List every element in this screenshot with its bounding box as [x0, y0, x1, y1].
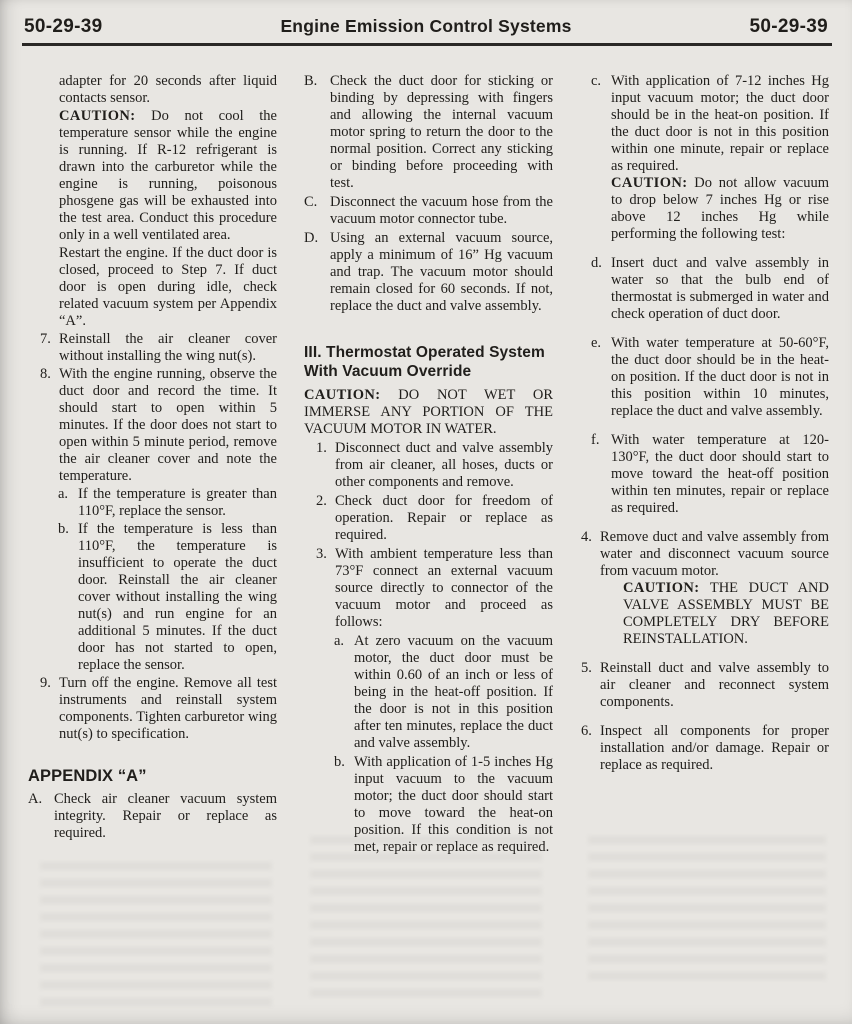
- text-paragraph: If the temperature is greater than 110°F…: [78, 486, 277, 520]
- content-columns: adapter for 20 seconds after liquid cont…: [0, 46, 852, 858]
- list-item: a.At zero vacuum on the vacuum motor, th…: [334, 633, 553, 752]
- item-text: Reinstall duct and valve assembly to air…: [600, 660, 829, 711]
- bleed-through-ghost: [588, 836, 826, 986]
- list-item: A.Check air cleaner vacuum system integr…: [28, 791, 277, 842]
- list-item: 8.With the engine running, observe the d…: [40, 366, 277, 485]
- paragraph: Restart the engine. If the duct door is …: [59, 245, 277, 330]
- list-item: c.With application of 7-12 inches Hg inp…: [591, 73, 829, 243]
- item-text: CAUTION: Do not cool the temperature sen…: [59, 108, 277, 244]
- page-number-right: 50-29-39: [718, 16, 828, 38]
- item-text: Reinstall the air cleaner cover without …: [59, 331, 277, 365]
- item-marker: a.: [58, 486, 78, 520]
- list-item: B.Check the duct door for sticking or bi…: [304, 73, 553, 192]
- list-item: a.If the temperature is greater than 110…: [58, 486, 277, 520]
- caution-label: CAUTION:: [59, 108, 136, 124]
- text-paragraph: With water temperature at 120-130°F, the…: [611, 432, 829, 517]
- item-marker: 7.: [40, 331, 59, 365]
- caution-label: CAUTION:: [611, 175, 688, 191]
- section-heading: III. Thermostat Operated System With Vac…: [304, 343, 553, 382]
- list-item: b.With application of 1-5 inches Hg inpu…: [334, 754, 553, 856]
- inner-caution: CAUTION: THE DUCT AND VALVE ASSEMBLY MUS…: [600, 580, 829, 648]
- item-text: If the temperature is less than 110°F, t…: [78, 521, 277, 674]
- item-marker: a.: [334, 633, 354, 752]
- item-text: With ambient temperature less than 73°F …: [335, 546, 553, 631]
- list-item: 7.Reinstall the air cleaner cover withou…: [40, 331, 277, 365]
- item-text: Turn off the engine. Remove all test ins…: [59, 675, 277, 743]
- item-text: Inspect all components for proper instal…: [600, 723, 829, 774]
- text-paragraph: Disconnect duct and valve assembly from …: [335, 440, 553, 491]
- text-paragraph: Turn off the engine. Remove all test ins…: [59, 675, 277, 743]
- text-paragraph: Check air cleaner vacuum system integrit…: [54, 791, 277, 842]
- bleed-through-ghost: [40, 862, 272, 1010]
- section-heading: APPENDIX “A”: [28, 767, 277, 787]
- item-text: Insert duct and valve assembly in water …: [611, 255, 829, 323]
- text-paragraph: Reinstall the air cleaner cover without …: [59, 331, 277, 365]
- item-marker: B.: [304, 73, 330, 192]
- text-paragraph: With ambient temperature less than 73°F …: [335, 546, 553, 631]
- text-paragraph: With application of 1-5 inches Hg input …: [354, 754, 553, 856]
- item-marker: 6.: [581, 723, 600, 774]
- text-paragraph: CAUTION: Do not cool the temperature sen…: [59, 108, 277, 244]
- column-2: B.Check the duct door for sticking or bi…: [304, 73, 553, 858]
- item-text: adapter for 20 seconds after liquid cont…: [59, 73, 277, 107]
- item-text: Disconnect duct and valve assembly from …: [335, 440, 553, 491]
- item-text: Check air cleaner vacuum system integrit…: [54, 791, 277, 842]
- bleed-through-ghost: [310, 836, 542, 1004]
- list-item: 3.With ambient temperature less than 73°…: [316, 546, 553, 631]
- paragraph: CAUTION: DO NOT WET OR IMMERSE ANY PORTI…: [304, 387, 553, 438]
- item-marker: A.: [28, 791, 54, 842]
- item-marker: 2.: [316, 493, 335, 544]
- paragraph: adapter for 20 seconds after liquid cont…: [59, 73, 277, 107]
- item-marker: 8.: [40, 366, 59, 485]
- text-paragraph: Check duct door for freedom of operation…: [335, 493, 553, 544]
- item-marker: e.: [591, 335, 611, 420]
- item-marker: f.: [591, 432, 611, 517]
- list-item: 6.Inspect all components for proper inst…: [581, 723, 829, 774]
- item-text: With application of 7-12 inches Hg input…: [611, 73, 829, 243]
- page-header: 50-29-39 Engine Emission Control Systems…: [0, 0, 852, 38]
- list-item: 5.Reinstall duct and valve assembly to a…: [581, 660, 829, 711]
- text-paragraph: Remove duct and valve assembly from wate…: [600, 529, 829, 580]
- text-paragraph: Restart the engine. If the duct door is …: [59, 245, 277, 330]
- list-item: D.Using an external vacuum source, apply…: [304, 230, 553, 315]
- item-text: Remove duct and valve assembly from wate…: [600, 529, 829, 648]
- item-text: Using an external vacuum source, apply a…: [330, 230, 553, 315]
- item-text: Disconnect the vacuum hose from the vacu…: [330, 194, 553, 228]
- list-item: 9.Turn off the engine. Remove all test i…: [40, 675, 277, 743]
- text-paragraph: Insert duct and valve assembly in water …: [611, 255, 829, 323]
- item-text: Restart the engine. If the duct door is …: [59, 245, 277, 330]
- page-number-left: 50-29-39: [24, 16, 134, 38]
- manual-page: 50-29-39 Engine Emission Control Systems…: [0, 0, 852, 1024]
- caution-label: CAUTION:: [304, 387, 381, 403]
- text-paragraph: With the engine running, observe the duc…: [59, 366, 277, 485]
- text-paragraph: Inspect all components for proper instal…: [600, 723, 829, 774]
- item-marker: D.: [304, 230, 330, 315]
- text-paragraph: CAUTION: DO NOT WET OR IMMERSE ANY PORTI…: [304, 387, 553, 438]
- item-text: With water temperature at 120-130°F, the…: [611, 432, 829, 517]
- list-item: d.Insert duct and valve assembly in wate…: [591, 255, 829, 323]
- item-text: Check the duct door for sticking or bind…: [330, 73, 553, 192]
- item-text: CAUTION: DO NOT WET OR IMMERSE ANY PORTI…: [304, 387, 553, 438]
- list-item: 2.Check duct door for freedom of operati…: [316, 493, 553, 544]
- text-paragraph: At zero vacuum on the vacuum motor, the …: [354, 633, 553, 752]
- item-marker: 3.: [316, 546, 335, 631]
- list-item: f.With water temperature at 120-130°F, t…: [591, 432, 829, 517]
- item-text: With water temperature at 50-60°F, the d…: [611, 335, 829, 420]
- item-marker: d.: [591, 255, 611, 323]
- item-marker: b.: [334, 754, 354, 856]
- item-text: If the temperature is greater than 110°F…: [78, 486, 277, 520]
- list-item: C.Disconnect the vacuum hose from the va…: [304, 194, 553, 228]
- list-item: b.If the temperature is less than 110°F,…: [58, 521, 277, 674]
- text-paragraph: Using an external vacuum source, apply a…: [330, 230, 553, 315]
- text-paragraph: With application of 7-12 inches Hg input…: [611, 73, 829, 175]
- item-marker: b.: [58, 521, 78, 674]
- text-paragraph: adapter for 20 seconds after liquid cont…: [59, 73, 277, 107]
- text-paragraph: With water temperature at 50-60°F, the d…: [611, 335, 829, 420]
- inner-caution: CAUTION: Do not allow vacuum to drop bel…: [611, 175, 829, 243]
- item-marker: 5.: [581, 660, 600, 711]
- item-marker: C.: [304, 194, 330, 228]
- item-marker: 9.: [40, 675, 59, 743]
- page-title: Engine Emission Control Systems: [134, 16, 718, 37]
- list-item: 1.Disconnect duct and valve assembly fro…: [316, 440, 553, 491]
- column-1: adapter for 20 seconds after liquid cont…: [28, 73, 277, 858]
- item-text: At zero vacuum on the vacuum motor, the …: [354, 633, 553, 752]
- item-text: With the engine running, observe the duc…: [59, 366, 277, 485]
- item-marker: 4.: [581, 529, 600, 648]
- text-paragraph: Disconnect the vacuum hose from the vacu…: [330, 194, 553, 228]
- text-paragraph: Reinstall duct and valve assembly to air…: [600, 660, 829, 711]
- caution-label: CAUTION:: [623, 580, 700, 596]
- text-paragraph: Check the duct door for sticking or bind…: [330, 73, 553, 192]
- item-marker: c.: [591, 73, 611, 243]
- list-item: e.With water temperature at 50-60°F, the…: [591, 335, 829, 420]
- column-3: c.With application of 7-12 inches Hg inp…: [580, 73, 829, 858]
- item-text: Check duct door for freedom of operation…: [335, 493, 553, 544]
- text-paragraph: If the temperature is less than 110°F, t…: [78, 521, 277, 674]
- paragraph: CAUTION: Do not cool the temperature sen…: [59, 108, 277, 244]
- item-text: With application of 1-5 inches Hg input …: [354, 754, 553, 856]
- item-marker: 1.: [316, 440, 335, 491]
- list-item: 4.Remove duct and valve assembly from wa…: [581, 529, 829, 648]
- caution-text: Do not cool the temperature sensor while…: [59, 108, 277, 243]
